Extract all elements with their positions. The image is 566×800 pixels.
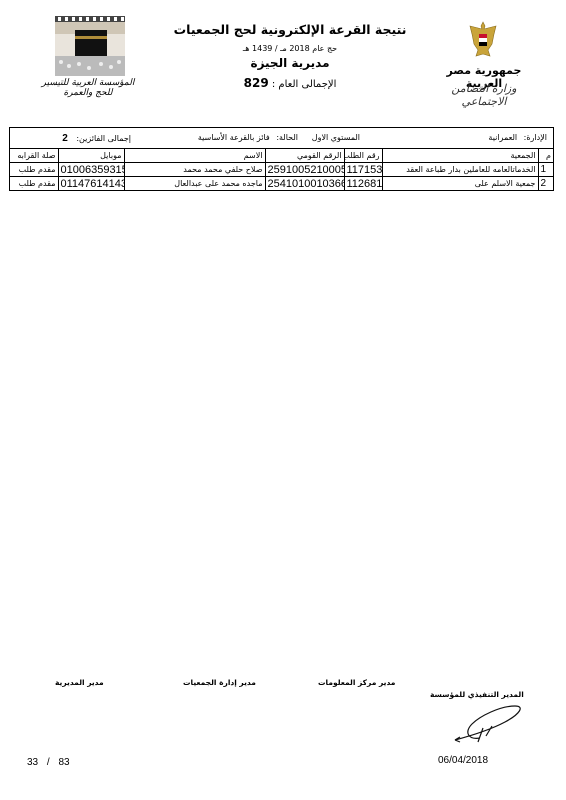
row-association: جمعية الاسلم على: [382, 177, 538, 191]
grand-total-value: 829: [244, 76, 269, 90]
results-table: الإدارة: العمرانية المستوي الاول الحالة:…: [9, 127, 554, 191]
print-date: 06/04/2018: [438, 755, 488, 766]
kaaba-image-icon: [55, 16, 125, 76]
admin-value: العمرانية: [488, 133, 517, 142]
grand-total-label: الإجمالى العام :: [272, 79, 337, 90]
directorate-name: مديرية الجيزة: [170, 56, 410, 70]
status-info: الحالة: فائز بالقرعة الأساسية: [198, 133, 298, 142]
winners-value: 2: [62, 133, 68, 144]
page-separator: /: [47, 757, 50, 768]
ministry-name: وزارة التضامن الاجتماعي: [430, 82, 538, 108]
col-national-id: الرقم القومي: [265, 149, 344, 163]
table-header-row: م الجمعية رقم الطلب الرقم القومي الاسم م…: [10, 149, 553, 163]
foundation-name: المؤسسة العربية للتيسير للحج والعمرة: [38, 78, 138, 98]
admin-info: الإدارة: العمرانية: [488, 133, 547, 142]
col-relation: صلة القرابه: [10, 149, 58, 163]
row-index: 1: [538, 163, 553, 177]
sig-info-center: مدير مركز المعلومات: [318, 678, 395, 687]
page-current: 33: [27, 757, 38, 768]
sig-associations: مدير إدارة الجمعيات: [183, 678, 256, 687]
status-label: الحالة:: [276, 133, 298, 142]
hajj-year: حج عام 2018 مـ / 1439 هـ: [170, 44, 410, 53]
table-row: 2 جمعية الاسلم على 112681 25410100103662…: [10, 177, 553, 191]
table-info-row: الإدارة: العمرانية المستوي الاول الحالة:…: [10, 128, 553, 149]
winners-info: إجمالى الفائزين: 2: [62, 133, 131, 144]
grand-total: الإجمالى العام : 829: [170, 76, 410, 90]
row-relation: مقدم طلب: [10, 163, 58, 177]
admin-label: الإدارة:: [524, 133, 547, 142]
page-total: 83: [58, 757, 69, 768]
signature-icon: [450, 702, 530, 752]
exec-director-label: المدير التنفيذي للمؤسسة: [430, 690, 524, 699]
row-request-no: 112681: [344, 177, 382, 191]
status-value: فائز بالقرعة الأساسية: [198, 133, 270, 142]
row-request-no: 117153: [344, 163, 382, 177]
row-name: ماجده محمد على عبدالعال: [124, 177, 265, 191]
row-mobile: 01147614143: [58, 177, 124, 191]
egypt-eagle-icon: [468, 20, 498, 60]
level: المستوي الاول: [312, 133, 360, 142]
col-index: م: [538, 149, 553, 163]
row-national-id: 25410100103662: [265, 177, 344, 191]
col-association: الجمعية: [382, 149, 538, 163]
page-title: نتيجة القرعة الإلكترونية لحج الجمعيات: [170, 22, 410, 37]
row-mobile: 01006359315: [58, 163, 124, 177]
row-relation: مقدم طلب: [10, 177, 58, 191]
page-number: 33 / 83: [27, 757, 70, 768]
row-index: 2: [538, 177, 553, 191]
col-request-no: رقم الطلب: [344, 149, 382, 163]
sig-directorate: مدير المديرية: [55, 678, 104, 687]
col-mobile: موبايل: [58, 149, 124, 163]
row-name: صلاح حلفي محمد محمد: [124, 163, 265, 177]
row-association: الخدماتالعامه للعاملين بدار طباعة العقد: [382, 163, 538, 177]
results-grid: م الجمعية رقم الطلب الرقم القومي الاسم م…: [10, 149, 553, 190]
col-name: الاسم: [124, 149, 265, 163]
winners-label: إجمالى الفائزين:: [76, 134, 131, 143]
table-row: 1 الخدماتالعامه للعاملين بدار طباعة العق…: [10, 163, 553, 177]
row-national-id: 25910052100055: [265, 163, 344, 177]
